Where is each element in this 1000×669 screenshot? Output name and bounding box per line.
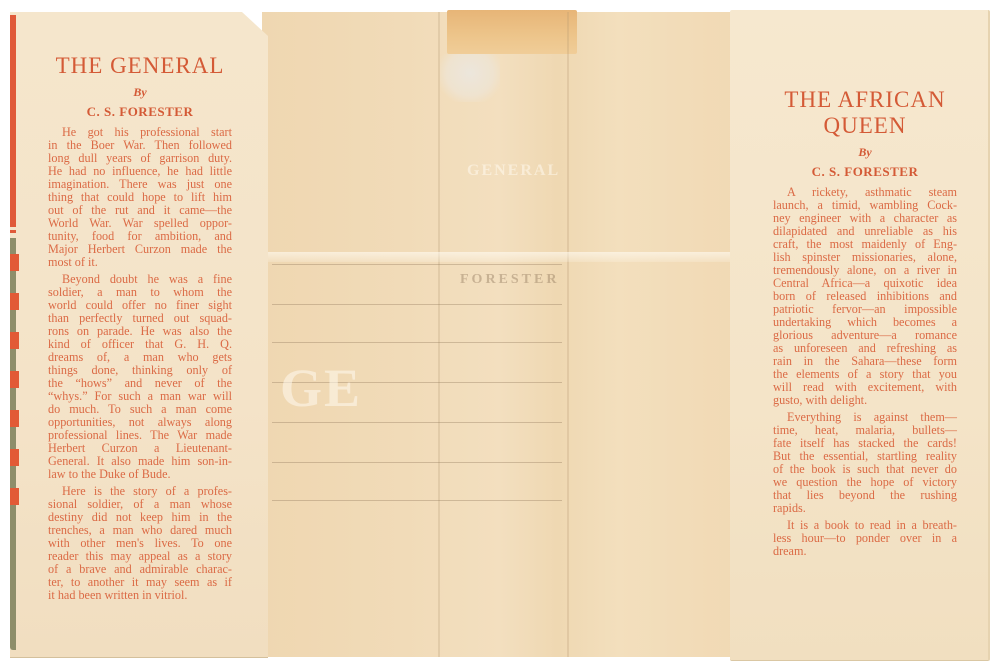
ruled-line	[272, 500, 562, 501]
blurb-paragraph: Beyond doubt he was a finesoldier, a man…	[48, 273, 232, 481]
red-edge-tab	[10, 293, 19, 310]
blurb-paragraph: Everything is against them—time, heat, m…	[773, 411, 957, 515]
jacket-inner-panels: GENERAL FORESTER GE	[262, 12, 738, 657]
blurb-line: it had been written in vitriol.	[48, 589, 232, 602]
author-name: C. S. FORESTER	[48, 104, 232, 120]
ruled-line	[272, 342, 562, 343]
red-edge-tab	[10, 254, 19, 271]
by-line: By	[48, 85, 232, 100]
blurb-paragraph: Here is the story of a profes-sional sol…	[48, 485, 232, 602]
ruled-line	[272, 462, 562, 463]
book-title: THE GENERAL	[48, 53, 232, 79]
blurb-paragraph: A rickety, asthmatic steamlaunch, a timi…	[773, 186, 957, 407]
ruled-line	[272, 264, 562, 265]
blurb-line: dream.	[773, 545, 957, 558]
ghost-cover-title: GE	[280, 357, 362, 419]
fold-line	[438, 12, 440, 657]
red-edge-tab	[10, 371, 19, 388]
blurb-paragraph: It is a book to read in a breath-less ho…	[773, 519, 957, 558]
worn-patch	[440, 54, 500, 102]
red-edge-tab	[10, 332, 19, 349]
red-edge-stripe	[10, 15, 16, 227]
fold-line	[567, 12, 569, 657]
blurb-paragraph: He got his professional startin the Boer…	[48, 126, 232, 269]
by-line: By	[773, 145, 957, 160]
red-edge-stripe-thin	[10, 230, 16, 233]
ghost-spine-title: GENERAL	[467, 162, 560, 180]
ruled-line	[272, 422, 562, 423]
dust-jacket: GENERAL FORESTER GE THE GENERAL By C. S.…	[0, 0, 1000, 669]
blurb-line: gusto, with delight.	[773, 394, 957, 407]
light-band	[268, 252, 738, 262]
right-flap-text: THE AFRICAN QUEEN By C. S. FORESTER A ri…	[773, 87, 957, 562]
book-title-line1: THE AFRICAN	[784, 87, 945, 112]
author-name: C. S. FORESTER	[773, 164, 957, 180]
red-edge-tab	[10, 488, 19, 505]
book-title: THE AFRICAN QUEEN	[773, 87, 957, 139]
tape-stain	[447, 10, 577, 54]
blurb-line: law to the Duke of Bude.	[48, 468, 232, 481]
ghost-spine-author: FORESTER	[460, 272, 559, 288]
left-flap-text: THE GENERAL By C. S. FORESTER He got his…	[48, 53, 232, 606]
blurb-line: rapids.	[773, 502, 957, 515]
ruled-line	[272, 304, 562, 305]
blurb-line: most of it.	[48, 256, 232, 269]
book-title-line2: QUEEN	[824, 113, 907, 138]
red-edge-tab	[10, 410, 19, 427]
red-edge-tab	[10, 449, 19, 466]
